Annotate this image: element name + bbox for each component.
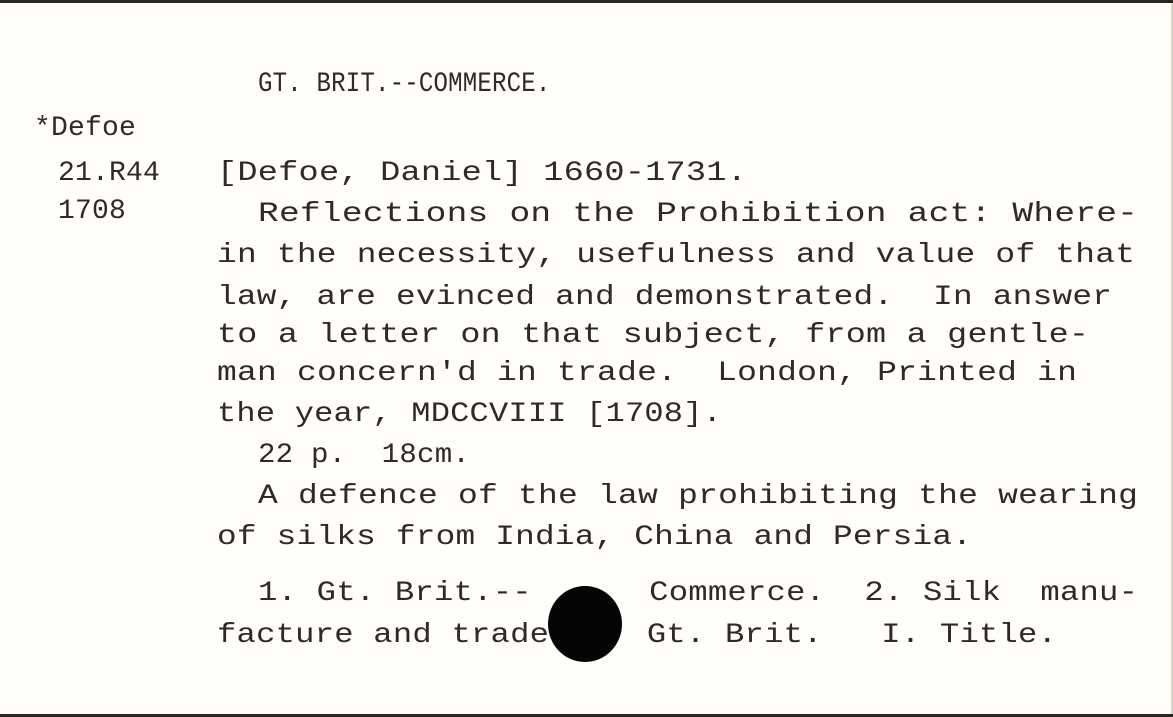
title-line: in the necessity, usefulness and value o…	[217, 240, 1135, 271]
tracing-line: facture and trade Gt. Brit. I. Title.	[217, 620, 1057, 651]
author-entry: [Defoe, Daniel] 1660-1731.	[217, 158, 747, 189]
call-number-line-1: *Defoe	[34, 113, 136, 144]
punch-hole	[548, 586, 622, 662]
title-line: law, are evinced and demonstrated. In an…	[217, 282, 1112, 313]
title-line: Reflections on the Prohibition act: Wher…	[258, 199, 1138, 230]
title-line: to a letter on that subject, from a gent…	[217, 320, 1089, 351]
title-line: the year, MDCCVIII [1708].	[217, 399, 722, 430]
subject-heading: GT. BRIT.--COMMERCE.	[258, 69, 550, 100]
collation: 22 p. 18cm.	[258, 440, 470, 471]
catalog-card: GT. BRIT.--COMMERCE. *Defoe 21.R44 1708 …	[0, 3, 1173, 714]
note-line: of silks from India, China and Persia.	[217, 522, 972, 553]
call-number-line-3: 1708	[58, 196, 126, 227]
tracing-line: 1. Gt. Brit.-- Commerce. 2. Silk manu-	[258, 578, 1138, 609]
title-line: man concern'd in trade. London, Printed …	[217, 358, 1077, 389]
note-line: A defence of the law prohibiting the wea…	[258, 481, 1138, 512]
call-number-line-2: 21.R44	[58, 158, 160, 189]
